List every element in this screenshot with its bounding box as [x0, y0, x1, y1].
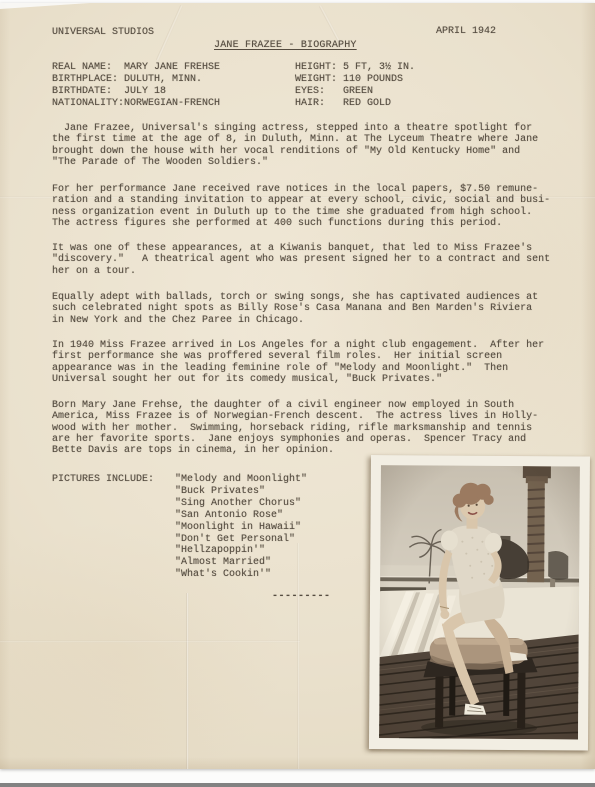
fact-value: NORWEGIAN-FRENCH: [124, 98, 220, 109]
biography-paragraph: Jane Frazee, Universal's singing actress…: [52, 123, 538, 168]
fact-label: HEIGHT:: [295, 62, 343, 73]
fact-label: BIRTHDATE:: [52, 86, 124, 97]
paper-corner: [0, 3, 90, 9]
fact-value: DULUTH, MINN.: [124, 74, 202, 85]
fact-row: HEIGHT: 5 FT, 3½ IN.: [295, 62, 415, 74]
biography-paragraph: For her performance Jane received rave n…: [52, 184, 550, 229]
fact-label: REAL NAME:: [52, 62, 124, 73]
fact-value: MARY JANE FREHSE: [124, 62, 220, 73]
biography-paragraph: Born Mary Jane Frehse, the daughter of a…: [52, 400, 538, 456]
scanner-edge: [0, 783, 595, 787]
picture-title: "Melody and Moonlight": [175, 474, 307, 486]
fact-label: NATIONALITY:: [52, 98, 124, 109]
fact-value: 110 POUNDS: [343, 74, 403, 85]
fact-value: JULY 18: [124, 86, 166, 97]
fact-label: BIRTHPLACE:: [52, 74, 124, 85]
biography-paragraph: It was one of these appearances, at a Ki…: [52, 243, 550, 277]
picture-title: "Don't Get Personal": [175, 534, 307, 546]
paper-crease: [0, 640, 300, 643]
biography-paragraph: In 1940 Miss Frazee arrived in Los Angel…: [52, 340, 544, 385]
scanned-document: UNIVERSAL STUDIOS APRIL 1942 JANE FRAZEE…: [0, 0, 595, 787]
document-date: APRIL 1942: [436, 26, 496, 37]
paper-crease: [156, 5, 183, 61]
fact-label: HAIR:: [295, 98, 343, 109]
pictures-list: "Melody and Moonlight""Buck Privates""Si…: [175, 474, 307, 581]
fact-row: EYES: GREEN: [295, 86, 415, 98]
facts-table-right: HEIGHT: 5 FT, 3½ IN.WEIGHT: 110 POUNDSEY…: [295, 62, 415, 110]
fact-row: BIRTHPLACE: DULUTH, MINN.: [52, 74, 220, 86]
fact-value: RED GOLD: [343, 98, 391, 109]
photo-vignette: [379, 465, 580, 739]
picture-title: "Moonlight in Hawaii": [175, 522, 307, 534]
picture-title: "San Antonio Rose": [175, 510, 307, 522]
picture-title: "Buck Privates": [175, 486, 307, 498]
biography-paragraph: Equally adept with ballads, torch or swi…: [52, 292, 538, 326]
publicity-photo: [369, 455, 590, 751]
picture-title: "Almost Married": [175, 557, 307, 569]
fact-row: REAL NAME: MARY JANE FREHSE: [52, 62, 220, 74]
photo-illustration: [379, 465, 580, 739]
picture-title: "Sing Another Chorus": [175, 498, 307, 510]
picture-title: "Hellzapoppin'": [175, 545, 307, 557]
fact-value: 5 FT, 3½ IN.: [343, 62, 415, 73]
paper-crease: [186, 593, 189, 769]
fact-value: GREEN: [343, 86, 373, 97]
fact-label: EYES:: [295, 86, 343, 97]
pictures-heading: PICTURES INCLUDE:: [52, 474, 154, 485]
photo-image: [379, 465, 580, 739]
biography-page: UNIVERSAL STUDIOS APRIL 1942 JANE FRAZEE…: [0, 3, 595, 769]
studio-name: UNIVERSAL STUDIOS: [52, 27, 154, 38]
fact-row: WEIGHT: 110 POUNDS: [295, 74, 415, 86]
picture-title: "What's Cookin'": [175, 569, 307, 581]
facts-table-left: REAL NAME: MARY JANE FREHSEBIRTHPLACE: D…: [52, 62, 220, 110]
fact-row: BIRTHDATE: JULY 18: [52, 86, 220, 98]
fact-label: WEIGHT:: [295, 74, 343, 85]
fact-row: NATIONALITY:NORWEGIAN-FRENCH: [52, 98, 220, 110]
fact-row: HAIR: RED GOLD: [295, 98, 415, 110]
page-title: JANE FRAZEE - BIOGRAPHY: [214, 40, 357, 51]
typed-separator: ---------: [272, 591, 331, 602]
